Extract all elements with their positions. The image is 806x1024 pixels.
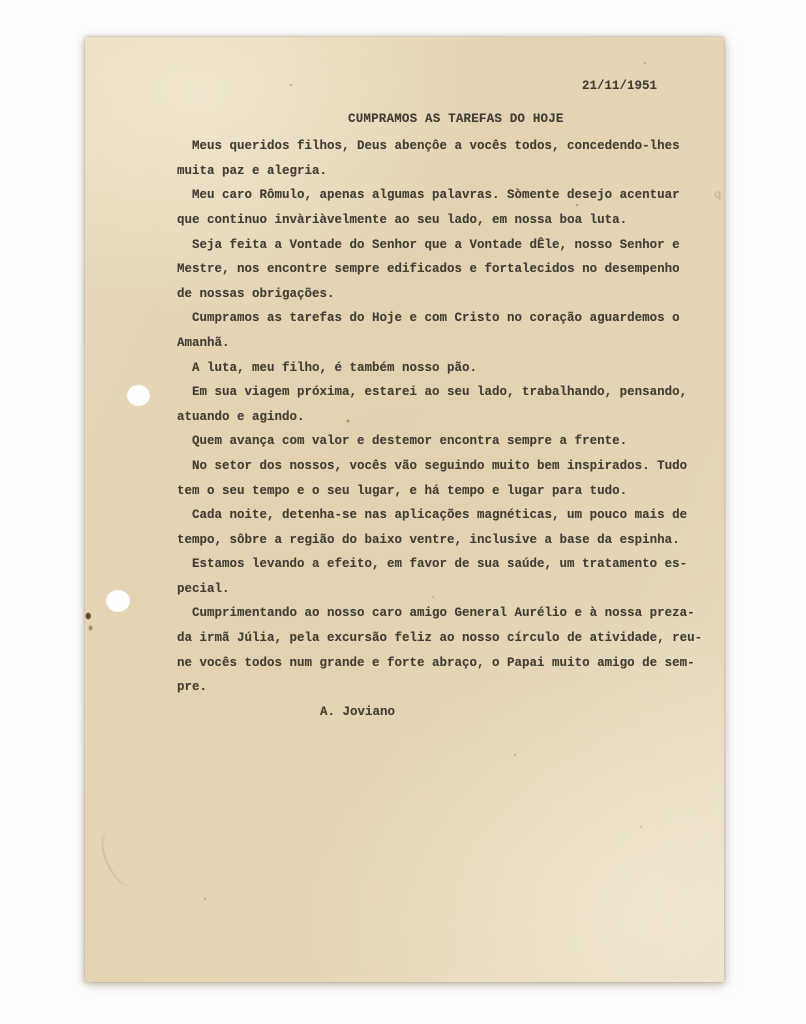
letter-text: 21/11/1951 CUMPRAMOS AS TAREFAS DO HOJE … xyxy=(177,74,722,724)
letter-line: Seja feita a Vontade do Senhor que a Von… xyxy=(177,233,722,258)
letter-line: de nossas obrigações. xyxy=(177,282,722,307)
letter-line: da irmã Júlia, pela excursão feliz ao no… xyxy=(177,626,722,651)
letter-line: Em sua viagem próxima, estarei ao seu la… xyxy=(177,380,722,405)
letter-title: CUMPRAMOS AS TAREFAS DO HOJE xyxy=(348,107,722,132)
letter-line: Quem avança com valor e destemor encontr… xyxy=(177,429,722,454)
letter-line: pecial. xyxy=(177,577,722,602)
letter-line: Meu caro Rômulo, apenas algumas palavras… xyxy=(177,183,722,208)
letter-line: Cumprimentando ao nosso caro amigo Gener… xyxy=(177,601,722,626)
ink-stain xyxy=(84,610,96,634)
letter-line: Estamos levando a efeito, em favor de su… xyxy=(177,552,722,577)
letter-body: Meus queridos filhos, Deus abençôe a voc… xyxy=(177,134,722,700)
letter-line: atuando e agindo. xyxy=(177,405,722,430)
letter-line: Mestre, nos encontre sempre edificados e… xyxy=(177,257,722,282)
letter-date: 21/11/1951 xyxy=(582,74,722,99)
letter-line: No setor dos nossos, vocês vão seguindo … xyxy=(177,454,722,479)
letter-line: que continuo invàriàvelmente ao seu lado… xyxy=(177,208,722,233)
letter-line: Meus queridos filhos, Deus abençôe a voc… xyxy=(177,134,722,159)
ghost-typewriter-mark: q xyxy=(714,188,721,202)
letter-line: ne vocês todos num grande e forte abraço… xyxy=(177,651,722,676)
paper-scratch xyxy=(94,821,148,890)
letter-line: Amanhã. xyxy=(177,331,722,356)
letter-line: A luta, meu filho, é também nosso pão. xyxy=(177,356,722,381)
letter-line: tempo, sôbre a região do baixo ventre, i… xyxy=(177,528,722,553)
letter-line: Cada noite, detenha-se nas aplicações ma… xyxy=(177,503,722,528)
letter-line: tem o seu tempo e o seu lugar, e há temp… xyxy=(177,479,722,504)
letter-line: pre. xyxy=(177,675,722,700)
signature: A. Joviano xyxy=(320,700,722,725)
letter-line: Cumpramos as tarefas do Hoje e com Crist… xyxy=(177,306,722,331)
letter-line: muita paz e alegria. xyxy=(177,159,722,184)
letter-page: 21/11/1951 CUMPRAMOS AS TAREFAS DO HOJE … xyxy=(85,37,724,982)
hole-punch-icon xyxy=(106,590,130,612)
scan-canvas: { "scan": { "paper_color": "#e5d6b8", "i… xyxy=(0,0,806,1024)
hole-punch-icon xyxy=(127,385,150,406)
